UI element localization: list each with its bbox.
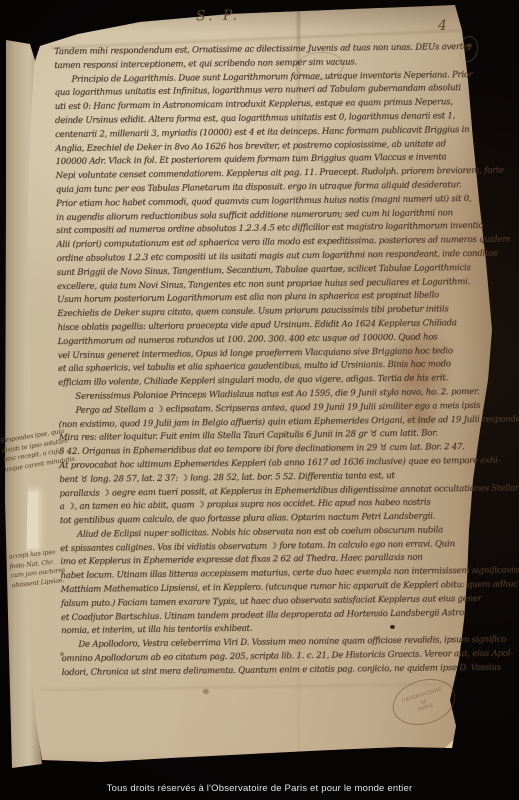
copyright-caption: Tous droits réservés à l'Observatoire de… xyxy=(0,783,519,794)
red-edge-mark xyxy=(0,643,9,661)
salutation-heading: S. P. xyxy=(196,8,240,25)
stamp-text-bottom: PARIS xyxy=(417,703,434,713)
manuscript-text-block: Tandem mihi respondendum est, Ornatissim… xyxy=(54,41,476,681)
page-number: 4 xyxy=(438,18,447,34)
ink-blot xyxy=(203,689,209,694)
